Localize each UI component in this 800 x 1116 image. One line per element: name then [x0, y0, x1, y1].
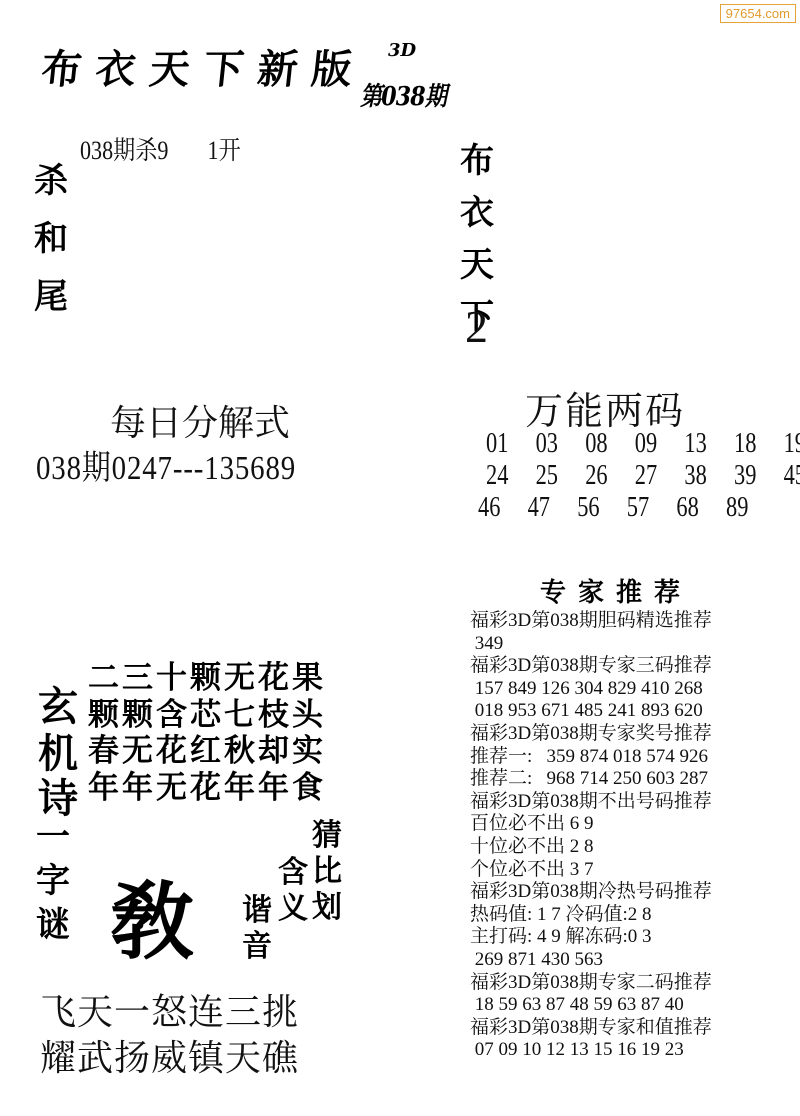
- hint-homophone: 谐 音: [242, 893, 272, 965]
- expert-line: 十位必不出 2 8: [470, 836, 712, 859]
- poem-line: 春无花红秋却实: [88, 733, 326, 770]
- code: 08: [585, 428, 635, 460]
- kill-sum-tail-label: 杀 和 尾: [34, 152, 68, 326]
- code: 13: [684, 428, 734, 460]
- expert-title: 专家推荐: [540, 572, 692, 609]
- code: 38: [684, 460, 734, 492]
- label-char: 衣: [460, 187, 494, 239]
- hint-char: 义: [278, 891, 308, 927]
- hint-guess: 猜 比 划: [312, 818, 342, 926]
- code: 01: [486, 428, 536, 460]
- expert-line: 018 953 671 485 241 893 620: [470, 700, 712, 723]
- code: 45?: [784, 460, 800, 492]
- verse-line: 飞天一怒连三挑: [40, 990, 299, 1036]
- hint-char: 谐: [242, 893, 272, 929]
- expert-line: 百位必不出 6 9: [470, 813, 712, 836]
- expert-line: 269 871 430 563: [470, 949, 712, 972]
- code: 25: [536, 460, 586, 492]
- code: 57: [627, 492, 677, 524]
- riddle-character: 敎: [110, 855, 194, 976]
- expert-line: 福彩3D第038期专家二码推荐: [470, 972, 712, 995]
- code-row: 01030809131819?: [478, 428, 800, 460]
- code: 46: [478, 492, 528, 524]
- hint-char: 比: [312, 854, 342, 890]
- code: 39: [734, 460, 784, 492]
- expert-line: 推荐一: 359 874 018 574 926: [470, 746, 712, 769]
- daily-decomposition-line: 038期0247---135689: [36, 440, 296, 489]
- expert-list: 福彩3D第038期胆码精选推荐 349 福彩3D第038期专家三码推荐 157 …: [470, 610, 712, 1062]
- expert-line: 福彩3D第038期冷热号码推荐: [470, 881, 712, 904]
- label-char: 字: [36, 859, 70, 903]
- label-char: 谜: [36, 903, 70, 947]
- verse-line: 耀武扬威镇天礁: [40, 1036, 299, 1082]
- kill-number: 038期杀9: [80, 136, 168, 165]
- open-number: 1开: [208, 136, 241, 165]
- code: 26: [585, 460, 635, 492]
- poem-line: 颗颗含芯七枝头: [88, 697, 326, 734]
- hint-meaning: 含 义: [278, 855, 308, 927]
- expert-line: 热码值: 1 7 冷码值:2 8: [470, 904, 712, 927]
- label-char: 布: [460, 135, 494, 187]
- expert-line: 157 849 126 304 829 410 268: [470, 678, 712, 701]
- daily-decomposition-title: 每日分解式: [110, 395, 290, 446]
- code-row: 24252627383945?: [478, 460, 800, 492]
- poem-line: 二三十颗无花果: [88, 660, 326, 697]
- label-char: 杀: [34, 152, 68, 210]
- issue-label: 第038期: [360, 76, 446, 113]
- label-char: 尾: [34, 268, 68, 326]
- label-char: 和: [34, 210, 68, 268]
- label-char: 天: [460, 239, 494, 291]
- expert-line: 18 59 63 87 48 59 63 87 40: [470, 994, 712, 1017]
- mystic-poem: 二三十颗无花果 颗颗含芯七枝头 春无花红秋却实 年年无花年年食: [88, 660, 326, 806]
- code: 24: [486, 460, 536, 492]
- hint-char: 含: [278, 855, 308, 891]
- code: 18: [734, 428, 784, 460]
- riddle-label: 一 字 谜: [36, 815, 70, 947]
- code: 68: [676, 492, 726, 524]
- expert-line: 主打码: 4 9 解冻码:0 3: [470, 926, 712, 949]
- universal-two-codes-title: 万能两码: [525, 380, 685, 435]
- expert-line: 推荐二: 968 714 250 603 287: [470, 768, 712, 791]
- label-char: 一: [36, 815, 70, 859]
- code: 89: [726, 492, 776, 524]
- expert-line: 福彩3D第038期专家奖号推荐: [470, 723, 712, 746]
- expert-line: 福彩3D第038期胆码精选推荐: [470, 610, 712, 633]
- code: 27: [635, 460, 685, 492]
- kill-line: 038期杀91开: [80, 130, 280, 167]
- code: 56: [577, 492, 627, 524]
- hint-char: 划: [312, 890, 342, 926]
- expert-line: 349: [470, 633, 712, 656]
- watermark-badge[interactable]: 97654.com: [720, 4, 796, 23]
- hint-char: 音: [242, 929, 272, 965]
- expert-line: 07 09 10 12 13 15 16 19 23: [470, 1039, 712, 1062]
- code: 19?: [784, 428, 800, 460]
- hint-char: 猜: [312, 818, 342, 854]
- verse: 飞天一怒连三挑 耀武扬威镇天礁: [40, 990, 299, 1082]
- code: 47: [528, 492, 578, 524]
- expert-line: 福彩3D第038期专家和值推荐: [470, 1017, 712, 1040]
- expert-line: 个位必不出 3 7: [470, 859, 712, 882]
- page-title: 布衣天下新版: [39, 38, 369, 95]
- poem-line: 年年无花年年食: [88, 770, 326, 807]
- code-row: 464756576889: [478, 492, 800, 524]
- buyi-tianxia-number: 2: [465, 300, 488, 353]
- universal-two-codes-grid: 01030809131819? 24252627383945? 46475657…: [478, 428, 800, 524]
- expert-line: 福彩3D第038期专家三码推荐: [470, 655, 712, 678]
- expert-line: 福彩3D第038期不出号码推荐: [470, 791, 712, 814]
- game-label: 3D: [388, 40, 416, 61]
- code: 03: [536, 428, 586, 460]
- code: 09: [635, 428, 685, 460]
